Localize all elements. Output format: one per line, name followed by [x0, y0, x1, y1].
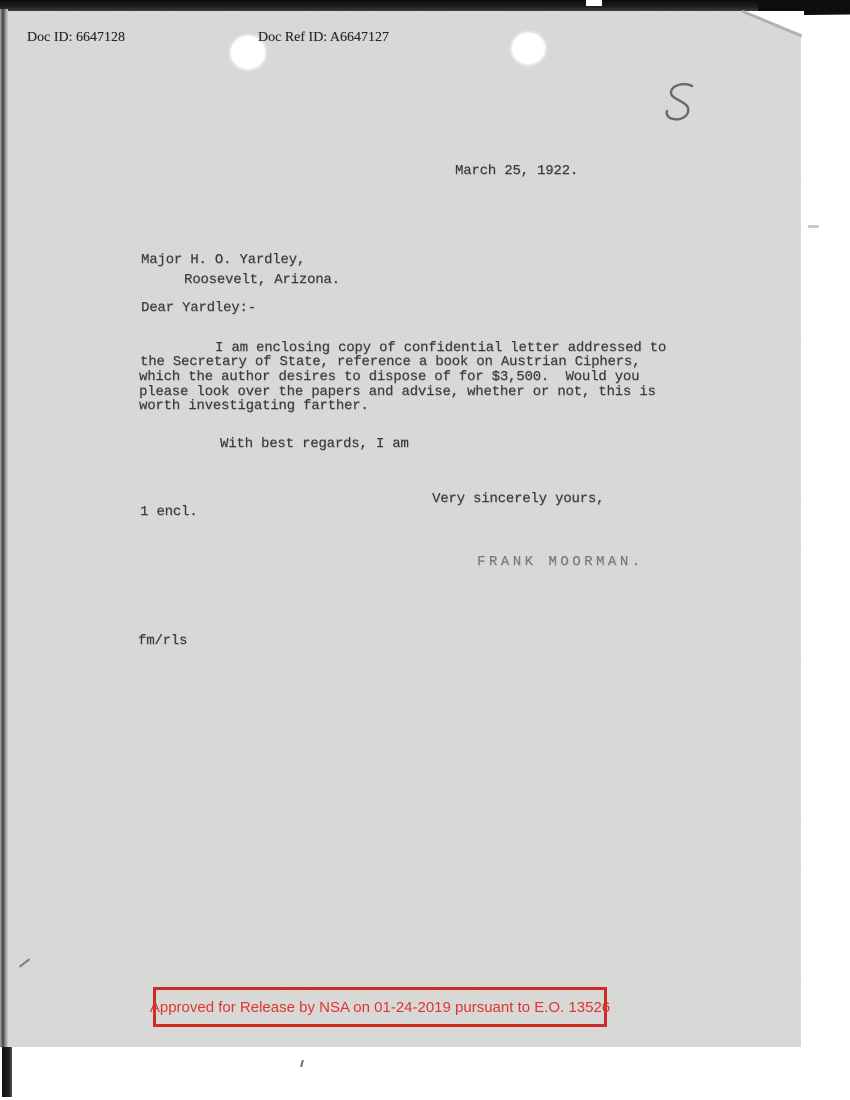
body-line-2: the Secretary of State, reference a book… — [140, 354, 640, 370]
scan-bottom-left-strip — [2, 1047, 12, 1097]
enclosure-note: 1 encl. — [140, 504, 197, 520]
recipient-name: Major H. O. Yardley, — [141, 252, 305, 268]
scan-top-edge — [0, 0, 850, 11]
typist-initials: fm/rls — [138, 633, 187, 649]
approval-stamp-text: Approved for Release by NSA on 01-24-201… — [150, 999, 610, 1016]
hole-punch-right — [512, 33, 545, 64]
paper-corner-dog-ear — [742, 10, 804, 38]
regards-line: With best regards, I am — [220, 436, 409, 452]
letter-paper-sheet — [4, 9, 801, 1047]
handwritten-s-mark — [660, 81, 702, 125]
closing-line: Very sincerely yours, — [432, 491, 604, 507]
scanned-document-page: Doc ID: 6647128 Doc Ref ID: A6647127 Mar… — [0, 0, 850, 1100]
scan-left-edge-shadow — [0, 9, 8, 1047]
recipient-address: Roosevelt, Arizona. — [184, 272, 340, 288]
salutation: Dear Yardley:- — [141, 300, 256, 316]
body-line-3: which the author desires to dispose of f… — [139, 369, 639, 385]
below-page-mark — [300, 1060, 304, 1067]
signature-name: FRANK MOORMAN. — [477, 554, 644, 570]
margin-dash-mark — [808, 225, 819, 228]
approval-stamp: Approved for Release by NSA on 01-24-201… — [153, 987, 607, 1027]
doc-ref-id-label: Doc Ref ID: A6647127 — [258, 30, 389, 46]
body-line-5: worth investigating farther. — [139, 398, 369, 414]
scan-top-edge-notch — [586, 0, 602, 6]
letter-date: March 25, 1922. — [455, 163, 578, 179]
doc-id-label: Doc ID: 6647128 — [27, 30, 125, 46]
